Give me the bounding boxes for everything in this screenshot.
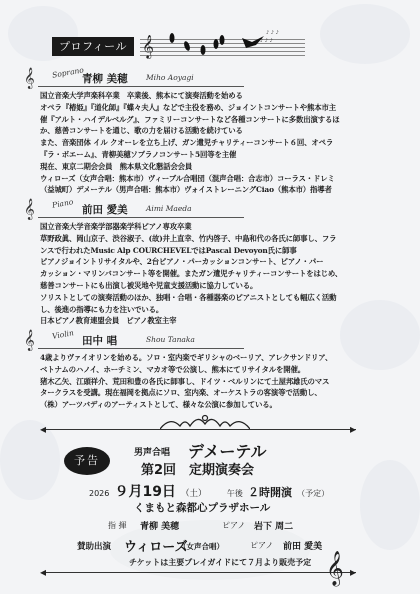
bio-line: 4歳よりヴァイオリンを始める。ソロ・室内楽でギリシャのベーリア、アレクサンドリア… <box>40 352 390 364</box>
performer-name-en: Aimi Maeda <box>146 204 192 213</box>
svg-text:♪ ♪ ♪: ♪ ♪ ♪ <box>260 38 273 44</box>
performer-bio-soprano: 国立音楽大学声楽科卒業 卒業後、熊本にて演奏活動を始める オペラ『椿姫』『道化師… <box>40 90 390 196</box>
venue: くまもと森都心プラザホール <box>134 500 270 515</box>
arrow-left-icon: ◂ <box>40 423 46 435</box>
performer-bio-violin: 4歳よりヴァイオリンを始める。ソロ・室内楽でギリシャのベーリア、アレクサンドリア… <box>40 352 390 411</box>
bio-line: か、慈善コンサートを通じ、歌の力を届ける活動を続けている <box>40 125 390 137</box>
bio-line: ベトナムのハノイ、ホーチミン、マカオ等で公演し、熊本にてリサイタルを開催。 <box>40 364 390 376</box>
bio-line: し、後進の指導にも力を注いでいる。 <box>40 304 390 316</box>
treble-clef-icon: 𝄞 <box>24 330 35 351</box>
performer-role: Violin <box>51 328 74 341</box>
bio-line: ソリストとしての演奏活動のほか、独唱・合唱・各種器楽のピアニストとしても幅広く活… <box>40 292 390 304</box>
scroll-ornament-icon <box>160 414 250 432</box>
performer-name-en: Miho Aoyagi <box>146 73 194 82</box>
treble-clef-icon: 𝄞 <box>142 36 154 56</box>
arrow-left-icon: ◂ <box>40 566 46 578</box>
performer-name-en: Shou Tanaka <box>146 335 195 344</box>
treble-clef-icon: 𝄞 <box>24 68 35 89</box>
performer-role: Piano <box>51 197 74 210</box>
choir-type: 男声合唱 <box>134 445 170 458</box>
performer-name-jp: 青柳 美穂 <box>82 71 128 86</box>
time-prefix: 午後 <box>227 489 243 498</box>
performer-header-soprano: 𝄞 Soprano 青柳 美穂 Miho Aoyagi <box>24 70 224 90</box>
concert-year: 2026 <box>89 489 109 498</box>
performer-role: Soprano <box>51 65 84 79</box>
performer-name-jp: 前田 愛美 <box>82 202 128 217</box>
bio-line: 草野政眞、岡山京子、渋谷淑子、(故)井上直幸、竹内啓子、中島和代の各氏に師事し、… <box>40 233 390 245</box>
notice-badge: 予告 <box>64 447 110 475</box>
concert-date: ９月19日 <box>114 484 175 500</box>
bio-line: ピアノジョイントリサイタルや、2台ピアノ・パーカッションコンサート、ピアノ・パー <box>40 256 390 268</box>
guest-label: 賛助出演 <box>77 540 111 552</box>
profile-section-label: プロフィール <box>52 37 134 56</box>
arrow-right-icon: ▸ <box>350 566 356 578</box>
guest-pianist-name: 前田 愛美 <box>283 539 322 552</box>
concert-weekday: （土） <box>181 489 207 499</box>
bio-line: オペラ『椿姫』『道化師』『蝶々夫人』などで主役を務め、ジョイントコンサートや熊本… <box>40 102 390 114</box>
bio-line: ウィローズ（女声合唱：熊本市）ヴィーブル合唱団（混声合唱：合志市）コーラス・ドレ… <box>40 173 390 185</box>
bio-line: 猪木乙矢、江頭祥介、荒田和豊の各氏に師事し、ドイツ・ベルリンにて土屋邦雄氏のマス <box>40 376 390 388</box>
bio-line: 国立音楽大学音楽学部器楽学科ピアノ専攻卒業 <box>40 221 390 233</box>
arrow-right-icon: ▸ <box>350 423 356 435</box>
bio-line: ンスで行われたMusic Alp COURCHEVELではPascal Devo… <box>40 245 390 257</box>
music-staff-decoration: 𝄞 ♪ ♪ ♪ ♪ ♪ ♪ <box>140 36 305 56</box>
treble-clef-icon: 𝄞 <box>326 552 344 586</box>
treble-clef-icon: 𝄞 <box>24 199 35 220</box>
flyer-page: プロフィール 𝄞 ♪ ♪ ♪ ♪ ♪ ♪ 𝄞 Soprano 青柳 美穂 Mih… <box>0 0 420 594</box>
svg-text:♪ ♪ ♪: ♪ ♪ ♪ <box>266 30 279 36</box>
bio-line: カッション・マリンバコンサート等を開催。またガン遺児チャリティーコンサートをはじ… <box>40 268 390 280</box>
performer-header-piano: 𝄞 Piano 前田 愛美 Aimi Maeda <box>24 201 224 221</box>
birds-on-staff-icon: ♪ ♪ ♪ ♪ ♪ ♪ <box>160 28 310 68</box>
time-note: （予定） <box>297 489 329 498</box>
bio-line: （益城町）デメーテル（男声合唱：熊本市）ヴォイストレーニングCiao（熊本市）指… <box>40 184 390 196</box>
conductor-name: 青柳 美穂 <box>140 519 179 532</box>
bio-line: 慈善コンサートにも出演し被災地や児童支援活動に協力している。 <box>40 280 390 292</box>
ticket-info: チケットは主要プレイガイドにて７月より販売予定 <box>129 557 311 568</box>
guest-piano-label: ピアノ <box>250 540 273 551</box>
bio-line: 『ラ・ボエーム』、青柳美穂ソプラノコンサート5回等を主催 <box>40 149 390 161</box>
conductor-label: 指 揮 <box>108 520 127 531</box>
concert-datetime: 2026 ９月19日 （土） 午後 ２時開演 （予定） <box>89 481 329 501</box>
bio-line: 国立音楽大学声楽科卒業 卒業後、熊本にて演奏活動を始める <box>40 90 390 102</box>
performer-header-violin: 𝄞 Violin 田中 唱 Shou Tanaka <box>24 332 224 352</box>
bottom-divider <box>44 572 356 573</box>
bio-line: 現在、東京二期会会員 熊本県文化懇話会会員 <box>40 161 390 173</box>
bio-line: （株）アーツバディのアーティストとして、様々な公演に参加している。 <box>40 399 390 411</box>
performer-bio-piano: 国立音楽大学音楽学部器楽学科ピアノ専攻卒業 草野政眞、岡山京子、渋谷淑子、(故)… <box>40 221 390 327</box>
bio-line: タークラスを受講。現在福岡を拠点にソロ、室内楽、オーケストラの客演等で活動し、 <box>40 387 390 399</box>
bio-line: 催『アルト・ハイデルベルグ』、ファミリーコンサートなど各種コンサートに多数出演す… <box>40 114 390 126</box>
pianist-name: 岩下 周二 <box>254 519 293 532</box>
guest-choir-note: （女声合唱） <box>179 541 224 552</box>
performer-name-jp: 田中 唱 <box>82 333 117 348</box>
piano-label: ピアノ <box>222 520 245 531</box>
bio-line: 日本ピアノ教育連盟会員 ピアノ教室主宰 <box>40 315 390 327</box>
bio-line: また、音楽団体 イル クオーレを立ち上げ、ガン遺児チャリティーコンサート６回、オ… <box>40 137 390 149</box>
concert-title: 第2回 定期演奏会 <box>141 459 254 478</box>
concert-time: ２時開演 <box>248 486 292 499</box>
